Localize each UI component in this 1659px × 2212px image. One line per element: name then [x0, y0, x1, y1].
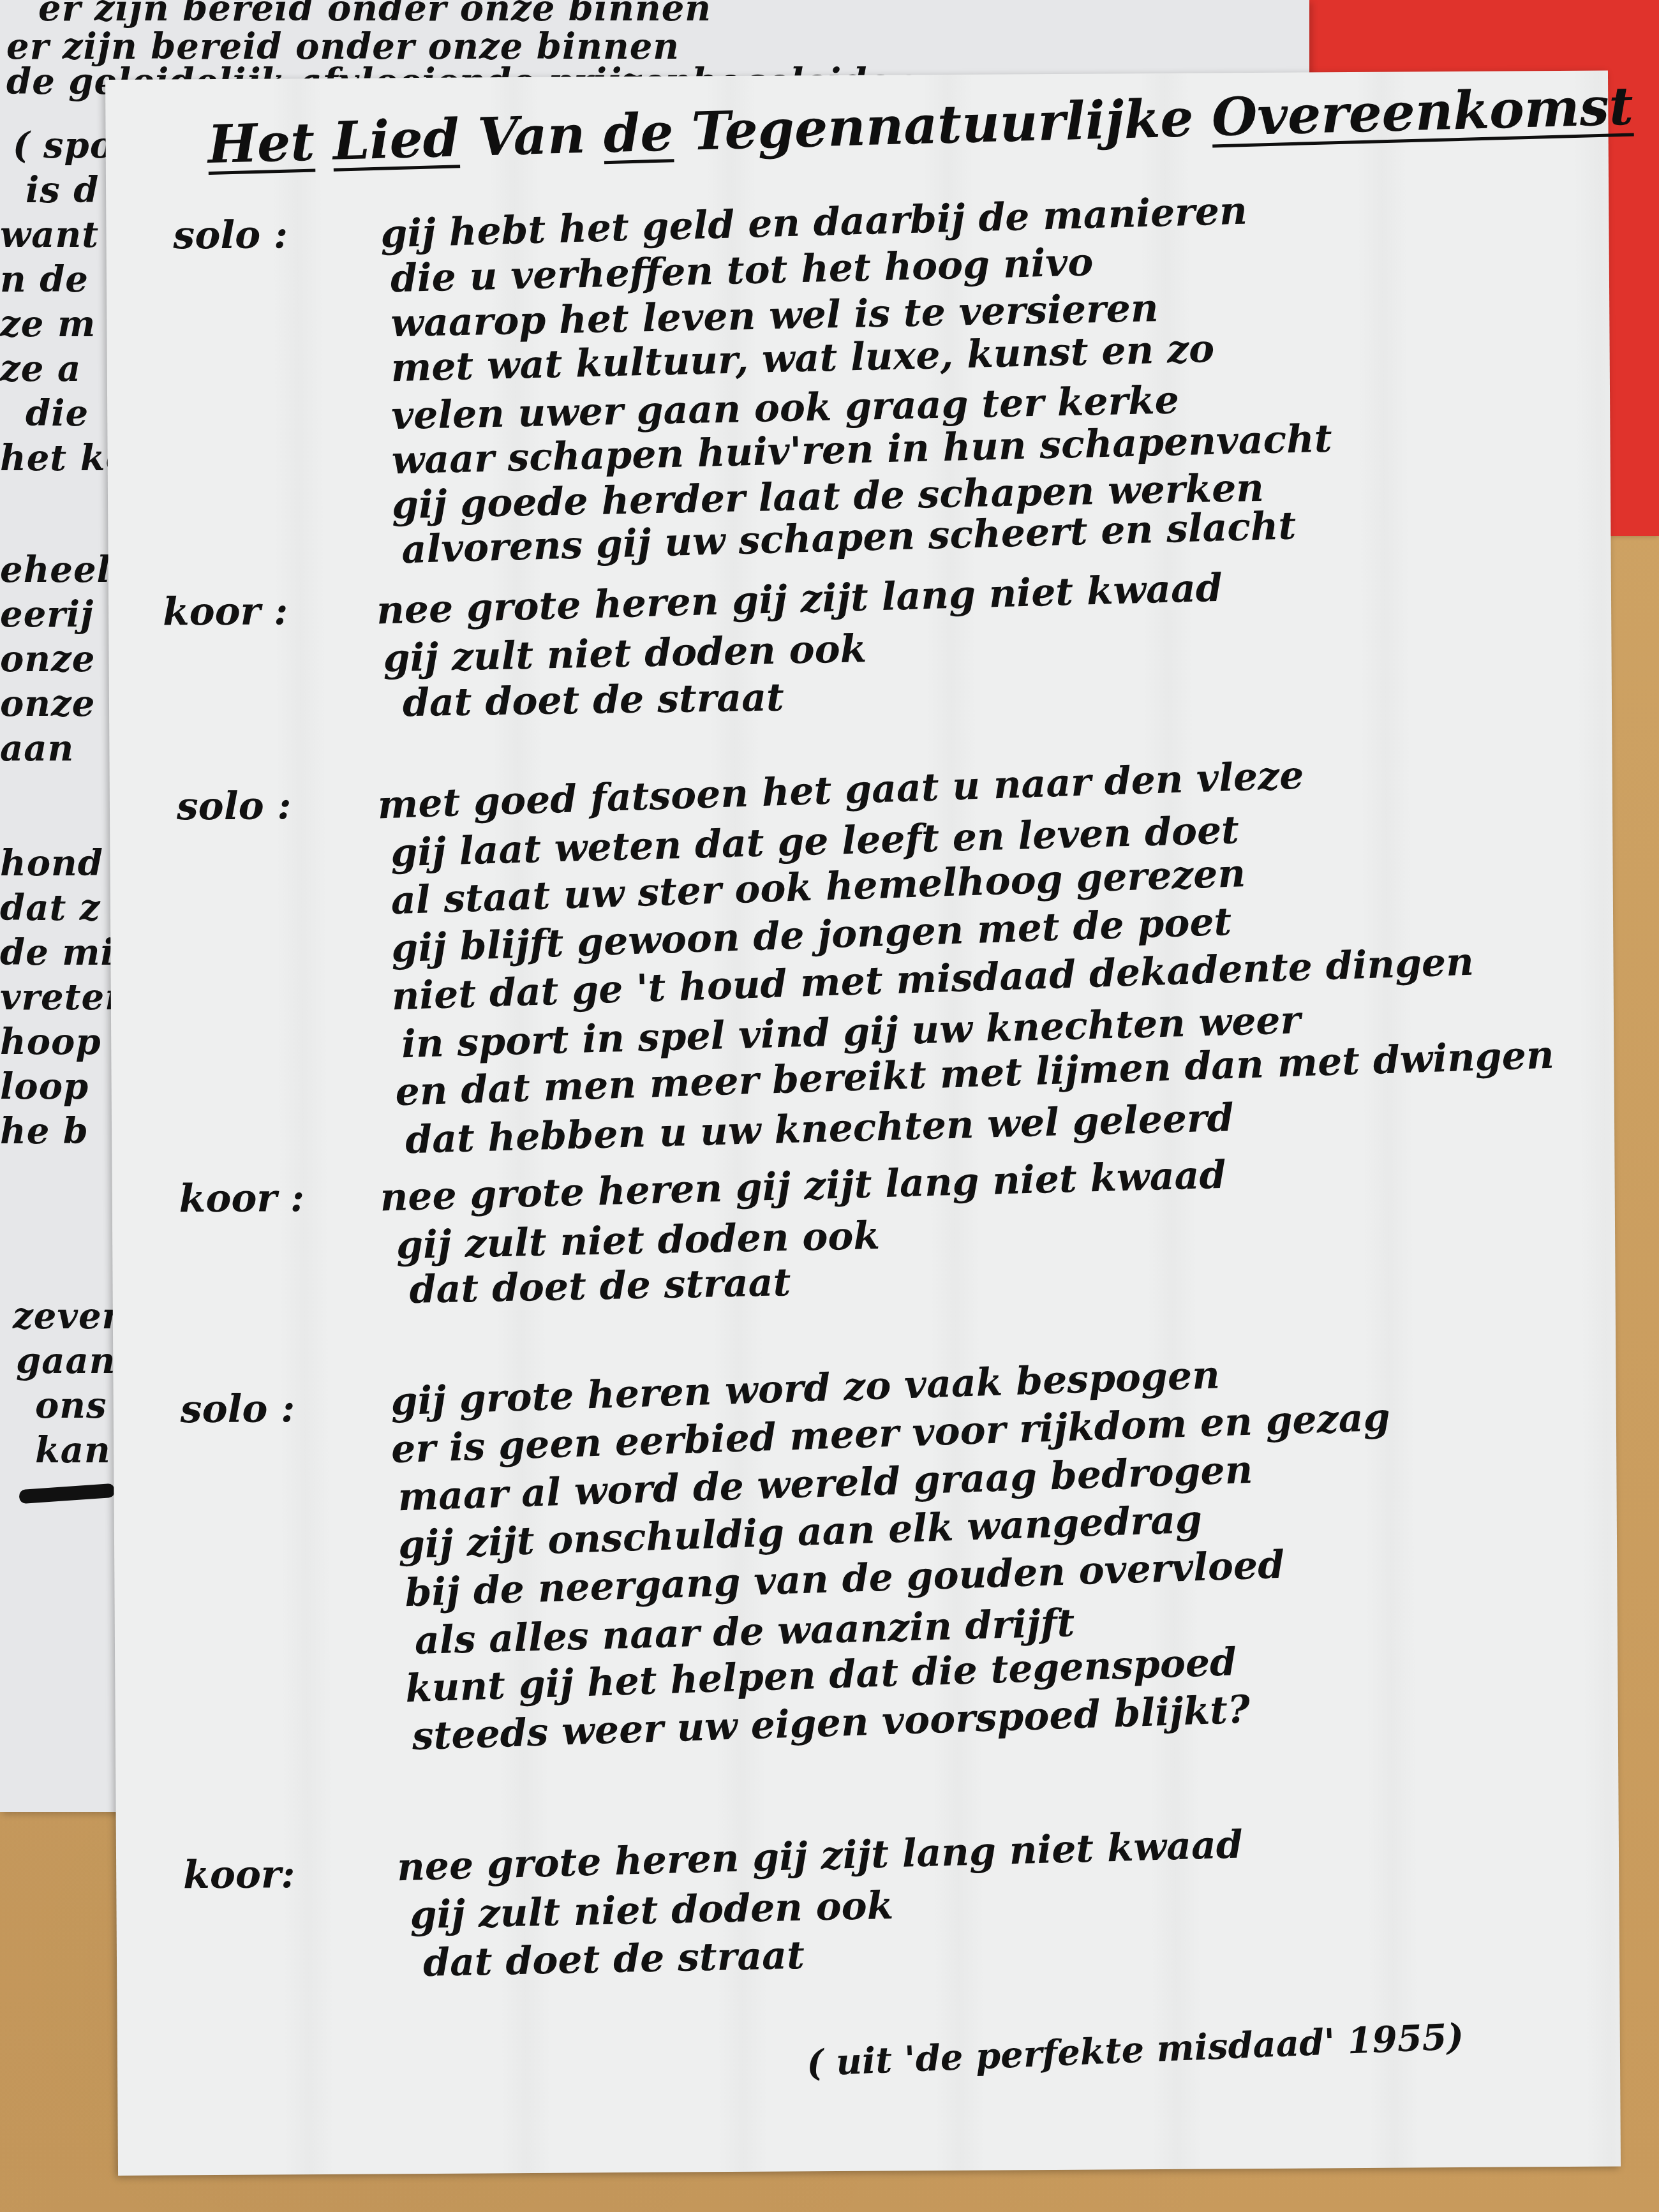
title-word: Overeenkomst — [1211, 76, 1634, 149]
lyric-line: dat doet de straat — [422, 1933, 805, 1986]
role-label: koor : — [179, 1176, 305, 1221]
lyric-line: nee grote heren gij zijt lang niet kwaad — [376, 566, 1223, 634]
stanza-koor-3: koor: nee grote heren gij zijt lang niet… — [116, 1845, 1619, 1853]
role-label: koor: — [183, 1852, 295, 1897]
title-word: de — [603, 101, 674, 165]
stanza-solo-1: solo : gij hebt het geld en daarbij de m… — [106, 205, 1609, 214]
role-label: solo : — [181, 1386, 295, 1432]
scribbled-out-word — [19, 1483, 115, 1504]
lyric-line: nee grote heren gij zijt lang niet kwaad — [380, 1153, 1227, 1221]
stanza-solo-3: solo : gij grote heren word zo vaak besp… — [114, 1379, 1616, 1388]
title-word: Van — [477, 104, 586, 168]
back-line: ze m — [0, 303, 96, 345]
lyric-line: nee grote heren gij zijt lang niet kwaad — [396, 1822, 1244, 1890]
lyric-line: dat doet de straat — [409, 1260, 791, 1312]
role-label: solo : — [177, 783, 292, 829]
lyric-line: gij zult niet doden ook — [396, 1214, 880, 1268]
song-lyrics-sheet: Het Lied Van de Tegennatuurlijke Overeen… — [105, 71, 1621, 2176]
back-line: n de — [0, 258, 89, 301]
back-line: ze a — [0, 348, 81, 390]
back-line: kan — [35, 1429, 111, 1471]
lyric-line: gij zult niet doden ook — [410, 1883, 894, 1938]
song-title: Het Lied Van de Tegennatuurlijke Overeen… — [207, 76, 1633, 175]
title-word: Tegennatuurlijke — [691, 87, 1194, 162]
stanza-solo-2: solo : met goed fatsoen het gaat u naar … — [110, 776, 1612, 785]
back-line: gaan — [16, 1340, 115, 1382]
role-label: koor : — [163, 589, 288, 634]
back-line: onze — [0, 683, 96, 725]
title-word: Het — [207, 112, 315, 175]
lyric-line: dat doet de straat — [402, 675, 784, 725]
back-line: ( spo — [13, 124, 114, 167]
back-line: aan — [0, 727, 74, 769]
back-line: eerij — [0, 593, 94, 635]
back-line: zeven — [13, 1295, 128, 1337]
back-line: is d — [26, 169, 99, 211]
back-line: dat z — [0, 887, 101, 929]
back-line: loop — [0, 1065, 89, 1108]
back-line: hond — [0, 842, 103, 884]
back-line: eheel — [0, 549, 111, 591]
back-line: die — [26, 392, 89, 434]
back-line: want — [0, 214, 99, 256]
lyric-line: gij zult niet doden ook — [383, 627, 867, 681]
back-line: he b — [0, 1110, 89, 1152]
title-word: Lied — [332, 107, 460, 172]
back-line: onze — [0, 638, 96, 680]
back-line: de mi — [0, 932, 115, 974]
back-line: hoop — [0, 1021, 101, 1063]
stanza-koor-2: koor : nee grote heren gij zijt lang nie… — [112, 1168, 1615, 1177]
role-label: solo : — [173, 212, 288, 258]
source-note: ( uit 'de perfekte misdaad' 1955) — [806, 2015, 1464, 2084]
stanza-koor-1: koor : nee grote heren gij zijt lang nie… — [108, 581, 1611, 590]
back-line: ons — [35, 1384, 107, 1427]
